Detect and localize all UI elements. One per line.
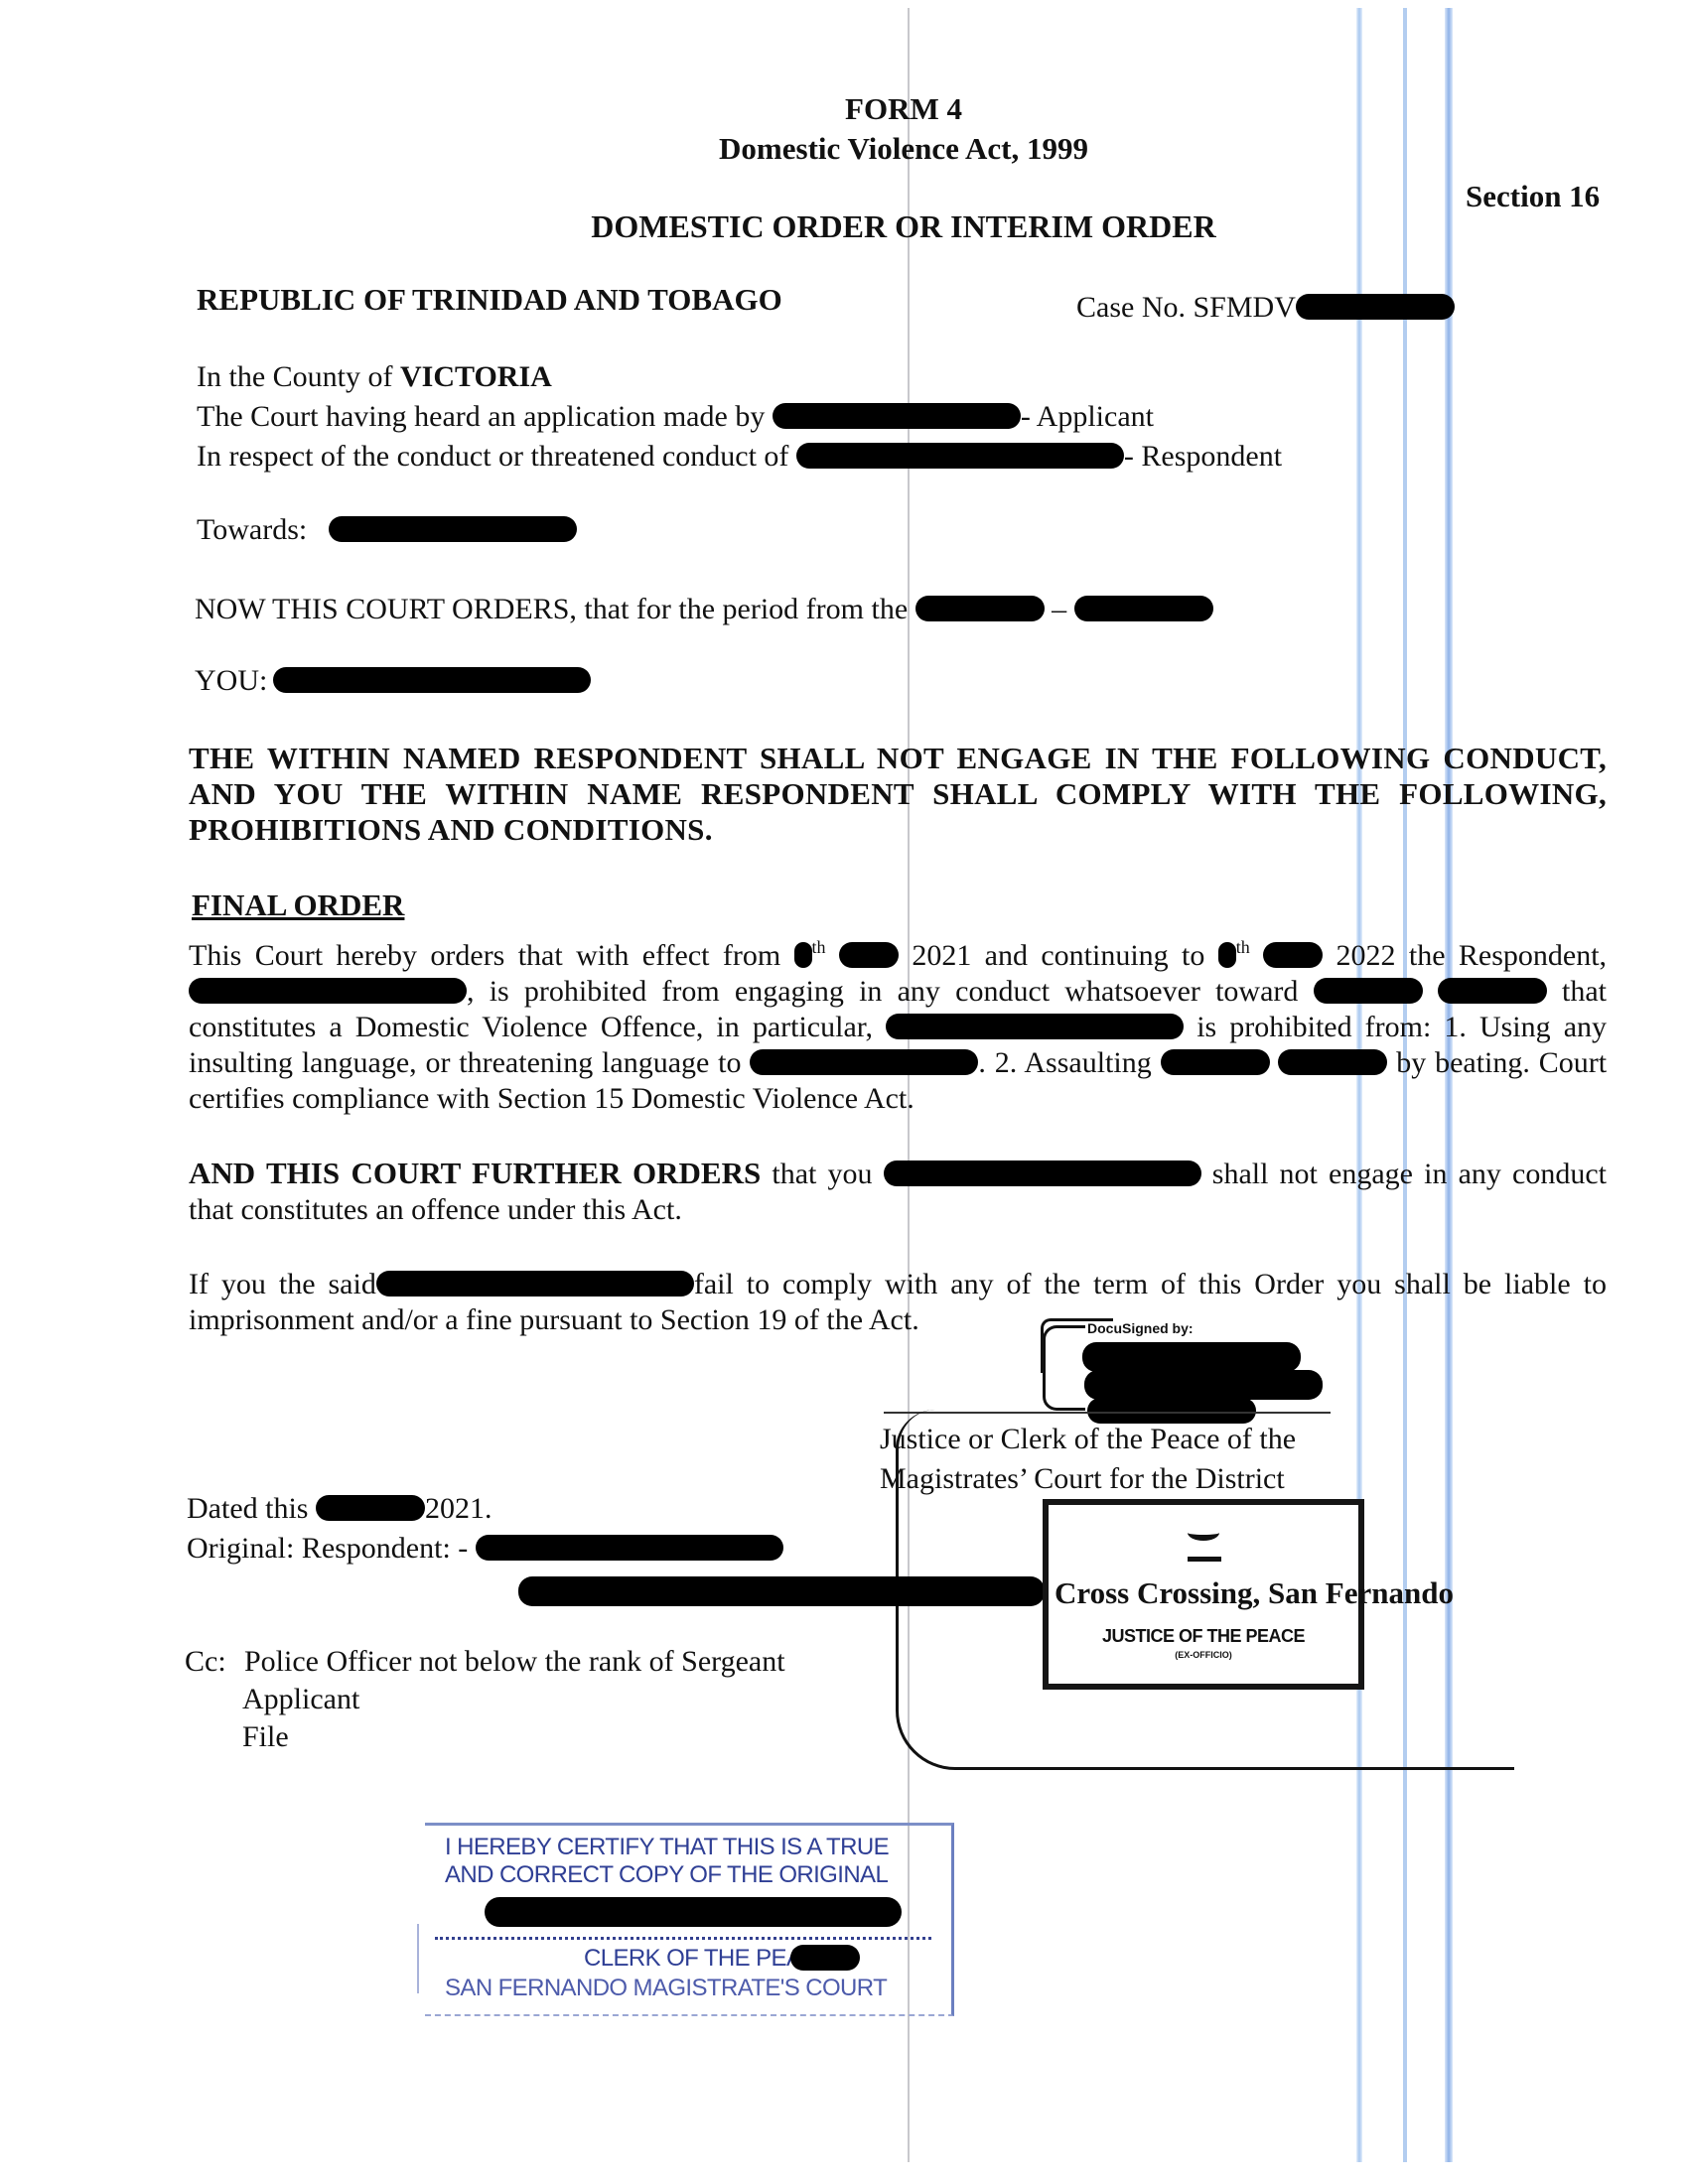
redaction [794, 942, 812, 968]
respondent-line: In respect of the conduct or threatened … [197, 439, 1282, 475]
stamp-emblem [1188, 1525, 1219, 1541]
stamp-emblem [1188, 1557, 1221, 1562]
certify-line-2: AND CORRECT COPY OF THE ORIGINAL [445, 1861, 888, 1889]
dated-line: Dated this 2021. [187, 1491, 492, 1527]
cc-item: File [242, 1719, 289, 1755]
republic-heading: REPUBLIC OF TRINIDAD AND TOBAGO [197, 282, 782, 318]
redaction [189, 978, 467, 1004]
redaction [915, 596, 1045, 621]
application-text: The Court having heard an application ma… [197, 400, 765, 433]
clerk-signature-redaction [485, 1897, 902, 1927]
prohibitions-heading: THE WITHIN NAMED RESPONDENT SHALL NOT EN… [189, 741, 1607, 848]
text: 2021 and continuing to [912, 939, 1204, 972]
text: , is prohibited from engaging in any con… [467, 975, 1298, 1008]
county-prefix: In the County of [197, 360, 400, 393]
final-order-heading: FINAL ORDER [192, 887, 404, 923]
respect-text: In respect of the conduct or threatened … [197, 440, 788, 473]
order-title: DOMESTIC ORDER OR INTERIM ORDER [0, 208, 1688, 245]
redaction [773, 403, 1021, 429]
redaction [1296, 294, 1455, 320]
district-name: Cross Crossing, San Fernando [1055, 1575, 1454, 1611]
redaction [884, 1160, 1201, 1186]
redaction [476, 1535, 783, 1561]
act-title: Domestic Violence Act, 1999 [0, 131, 1688, 167]
certification-stamp: I HEREBY CERTIFY THAT THIS IS A TRUE AND… [425, 1823, 954, 2016]
case-number: Case No. SFMDV [1076, 290, 1455, 326]
redaction [518, 1576, 1045, 1606]
signature-redaction [1084, 1370, 1323, 1400]
certify-line-4: SAN FERNANDO MAGISTRATE'S COURT [445, 1975, 887, 2002]
you-label: YOU: [195, 664, 267, 697]
redaction [1218, 942, 1236, 968]
original-line: Original: Respondent: - [187, 1531, 783, 1567]
signatory-title-2: Magistrates’ Court for the District [880, 1461, 1285, 1497]
case-number-label: Case No. SFMDV [1076, 291, 1296, 324]
towards-label: Towards: [197, 513, 307, 546]
dash: – [1052, 593, 1066, 625]
signature-dotted-line [435, 1937, 931, 1940]
cc-item: Police Officer not below the rank of Ser… [244, 1644, 785, 1680]
redaction [1278, 1049, 1387, 1075]
applicant-line: The Court having heard an application ma… [197, 399, 1154, 435]
county-name: VICTORIA [400, 360, 552, 393]
redaction [886, 1014, 1184, 1039]
stamp-subtitle: (EX-OFFICIO) [1049, 1650, 1358, 1660]
respondent-label: - Respondent [1124, 440, 1282, 473]
redaction [839, 942, 899, 968]
text: that you [772, 1158, 872, 1190]
redaction [1161, 1049, 1270, 1075]
county-line: In the County of VICTORIA [197, 359, 552, 395]
redaction [790, 1945, 860, 1971]
redaction [273, 667, 591, 693]
final-order-text: This Court hereby orders that with effec… [189, 929, 1607, 1117]
redaction [750, 1049, 978, 1075]
further-orders-lead: AND THIS COURT FURTHER ORDERS [189, 1156, 761, 1190]
docusigned-label: DocuSigned by: [1087, 1320, 1194, 1336]
text: 2022 the Respondent, [1336, 939, 1608, 972]
dated-year: 2021. [425, 1492, 492, 1525]
certify-line-1: I HEREBY CERTIFY THAT THIS IS A TRUE [445, 1834, 889, 1861]
applicant-label: - Applicant [1021, 400, 1154, 433]
dated-label: Dated this [187, 1492, 308, 1525]
now-orders-line: NOW THIS COURT ORDERS, that for the peri… [195, 592, 1213, 627]
now-orders-text: NOW THIS COURT ORDERS, that for the peri… [195, 593, 908, 625]
redaction [1263, 942, 1323, 968]
towards-line: Towards: [197, 512, 577, 548]
text: . 2. Assaulting [978, 1046, 1151, 1079]
redaction [1074, 596, 1213, 621]
further-orders-text: AND THIS COURT FURTHER ORDERS that you s… [189, 1156, 1607, 1228]
redaction [316, 1495, 425, 1521]
address-redaction-row [518, 1576, 1045, 1612]
you-line: YOU: [195, 663, 591, 699]
redaction [1438, 978, 1547, 1004]
cc-item: Applicant [242, 1682, 359, 1717]
text: If you the said [189, 1268, 376, 1300]
ordinal-suffix: th [812, 937, 826, 957]
redaction [1314, 978, 1423, 1004]
redaction [376, 1271, 694, 1297]
text: This Court hereby orders that with effec… [189, 939, 780, 972]
liability-text: If you the saidfail to comply with any o… [189, 1267, 1607, 1338]
form-title: FORM 4 [0, 91, 1688, 127]
redaction [796, 443, 1124, 469]
redaction [329, 516, 577, 542]
ordinal-suffix: th [1236, 937, 1250, 957]
signature-redaction [1082, 1342, 1301, 1372]
stamp-title: JUSTICE OF THE PEACE [1049, 1626, 1358, 1647]
stamp-edge [417, 1924, 419, 1993]
signature-frame [1043, 1325, 1085, 1411]
cc-label: Cc: [185, 1644, 226, 1680]
original-label: Original: Respondent: - [187, 1532, 468, 1565]
signatory-title-1: Justice or Clerk of the Peace of the [880, 1422, 1296, 1457]
